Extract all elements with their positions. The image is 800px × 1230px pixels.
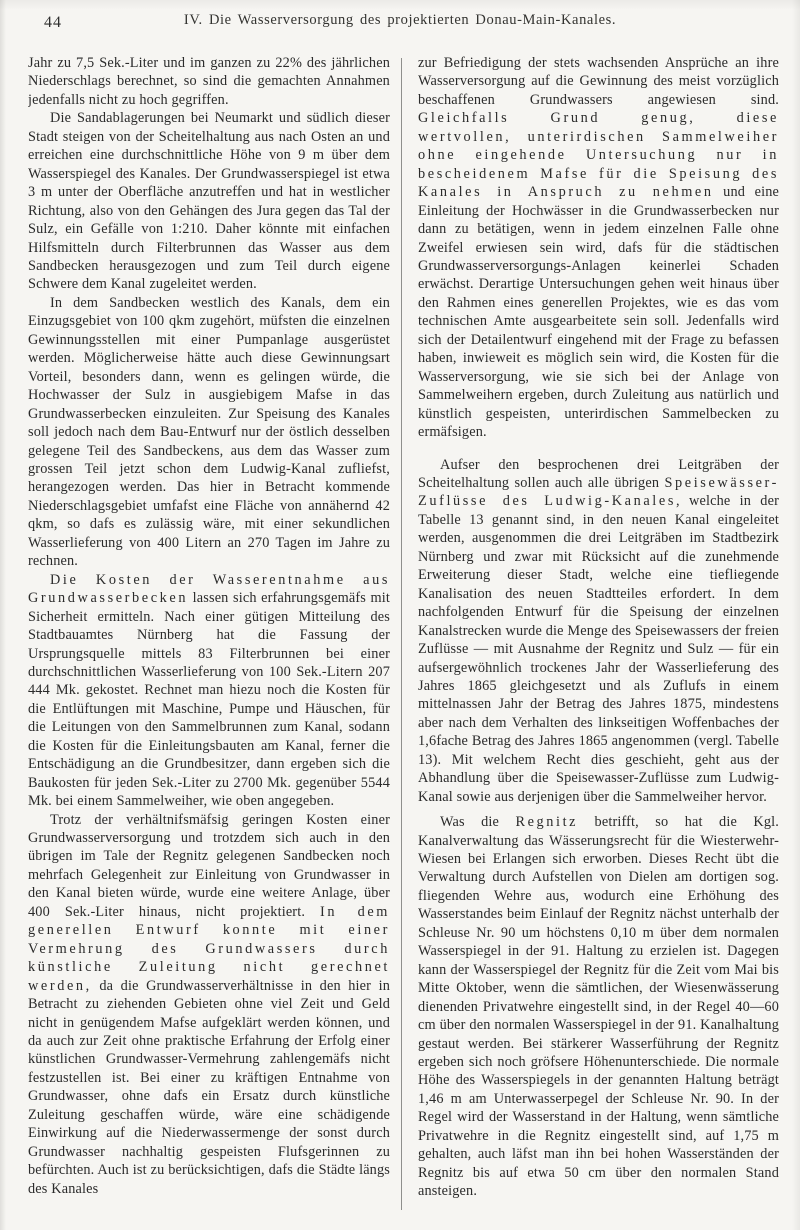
paragraph: Die Kosten der Wasserentnahme aus Grundw… (28, 571, 390, 811)
paragraph: Aufser den besprochenen drei Leitgräben … (418, 456, 779, 807)
text-segment: In dem Sandbecken westlich des Kanals, d… (28, 295, 390, 569)
text-segment: lassen sich erfahrungsgemäfs mit Sicherh… (28, 590, 390, 809)
page-header: 44 IV. Die Wasserversorgung des projekti… (0, 12, 800, 36)
text-segment: Die Sandablagerungen bei Neumarkt und sü… (28, 110, 390, 292)
text-segment: und eine Einleitung der Hochwässer in di… (418, 184, 779, 440)
letterspaced-text-segment: Regnitz (515, 814, 578, 830)
text-segment: , welche in der Tabelle 13 genannt sind,… (418, 493, 779, 804)
text-segment: Jahr zu 7,5 Sek.-Liter und im ganzen zu … (28, 55, 390, 108)
text-segment: da die Grundwasserverhältnisse in den hi… (28, 978, 390, 1197)
text-segment: zur Befriedigung der stets wachsenden An… (418, 55, 779, 108)
left-text-column: Jahr zu 7,5 Sek.-Liter und im ganzen zu … (28, 54, 390, 1214)
paragraph: zur Befriedigung der stets wachsenden An… (418, 54, 779, 442)
text-segment: betrifft, so hat die Kgl. Kanalverwaltun… (418, 814, 779, 1199)
chapter-header: IV. Die Wasserversorgung des projektiert… (0, 12, 800, 29)
paragraph: Die Sandablagerungen bei Neumarkt und sü… (28, 109, 390, 294)
text-segment: Was die (440, 814, 515, 830)
book-page: 44 IV. Die Wasserversorgung des projekti… (0, 0, 800, 1230)
right-text-column: zur Befriedigung der stets wachsenden An… (418, 54, 779, 1214)
paragraph: Jahr zu 7,5 Sek.-Liter und im ganzen zu … (28, 54, 390, 109)
column-divider-rule (401, 58, 402, 1210)
paragraph: Trotz der verhältnifsmäfsig geringen Kos… (28, 811, 390, 1199)
paragraph: Was die Regnitz betrifft, so hat die Kgl… (418, 813, 779, 1201)
paragraph: In dem Sandbecken westlich des Kanals, d… (28, 294, 390, 571)
page-number: 44 (44, 14, 62, 32)
